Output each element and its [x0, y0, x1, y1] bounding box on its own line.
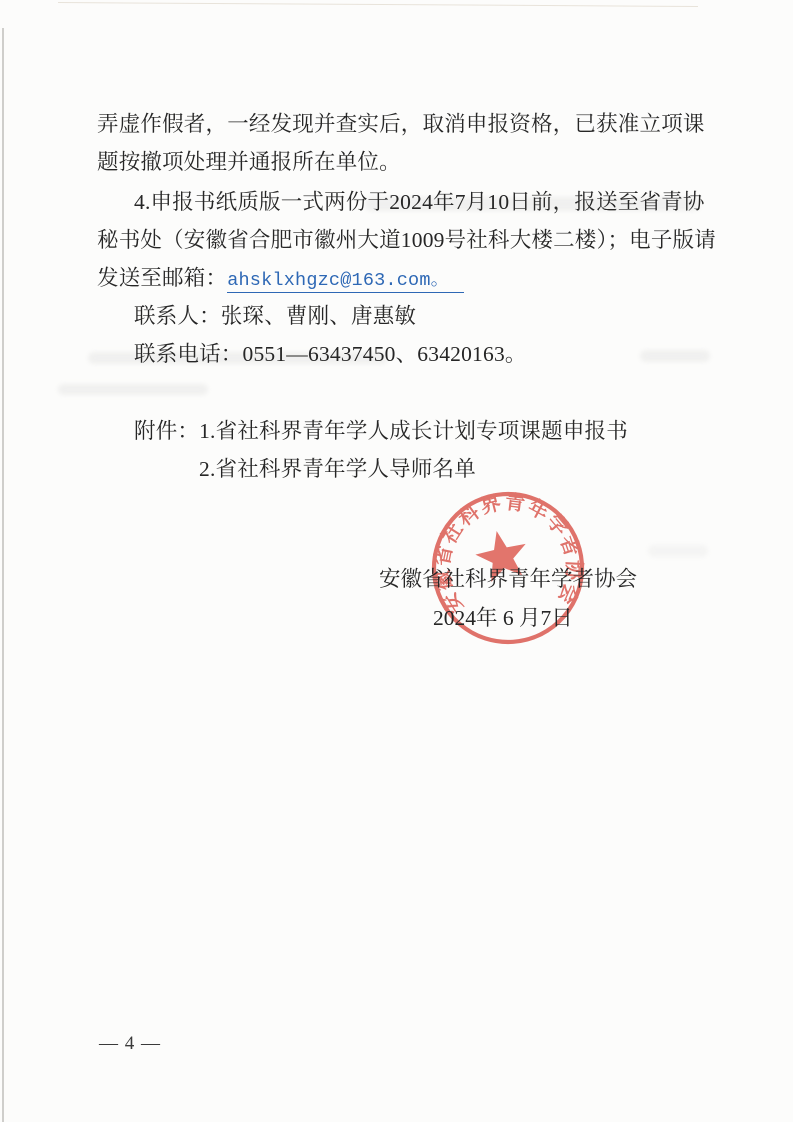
attachments-line: 附件：1.省社科界青年学人成长计划专项课题申报书	[134, 417, 628, 445]
seal-arc-text: 安徽省社科界青年学者协会	[424, 484, 590, 620]
signature-org: 安徽省社科界青年学者协会	[379, 562, 637, 593]
body-line: 弄虚作假者，一经发现并查实后，取消申报资格，已获准立项课	[97, 110, 705, 138]
scan-smudge	[58, 384, 208, 395]
email-link[interactable]: ahsklxhgzc@163.com。	[227, 270, 464, 293]
page-number: — 4 —	[99, 1033, 161, 1055]
contact-person-line: 联系人：张琛、曹刚、唐惠敏	[134, 302, 416, 330]
attachments-label: 附件：	[134, 419, 199, 443]
svg-text:安徽省社科界青年学者协会: 安徽省社科界青年学者协会	[424, 484, 590, 620]
email-line-prefix: 发送至邮箱：	[97, 266, 227, 290]
page-edge-shadow-left	[2, 28, 4, 1122]
attachment-item-1: 1.省社科界青年学人成长计划专项课题申报书	[199, 419, 628, 443]
scan-crease	[58, 2, 698, 7]
scan-smudge	[648, 545, 708, 557]
document-page: 弄虚作假者，一经发现并查实后，取消申报资格，已获准立项课 题按撤项处理并通报所在…	[0, 0, 793, 1122]
scan-smudge	[640, 350, 710, 362]
signature-date: 2024年 6 月7日	[433, 601, 573, 632]
body-line-email: 发送至邮箱：ahsklxhgzc@163.com。	[97, 264, 464, 295]
body-line: 秘书处（安徽省合肥市徽州大道1009号社科大楼二楼）；电子版请	[97, 226, 716, 254]
body-line: 4.申报书纸质版一式两份于2024年7月10日前，报送至省青协	[134, 188, 705, 216]
attachment-item-2: 2.省社科界青年学人导师名单	[199, 455, 476, 483]
body-line: 题按撤项处理并通报所在单位。	[97, 148, 401, 176]
contact-phone-line: 联系电话：0551—63437450、63420163。	[134, 340, 527, 368]
